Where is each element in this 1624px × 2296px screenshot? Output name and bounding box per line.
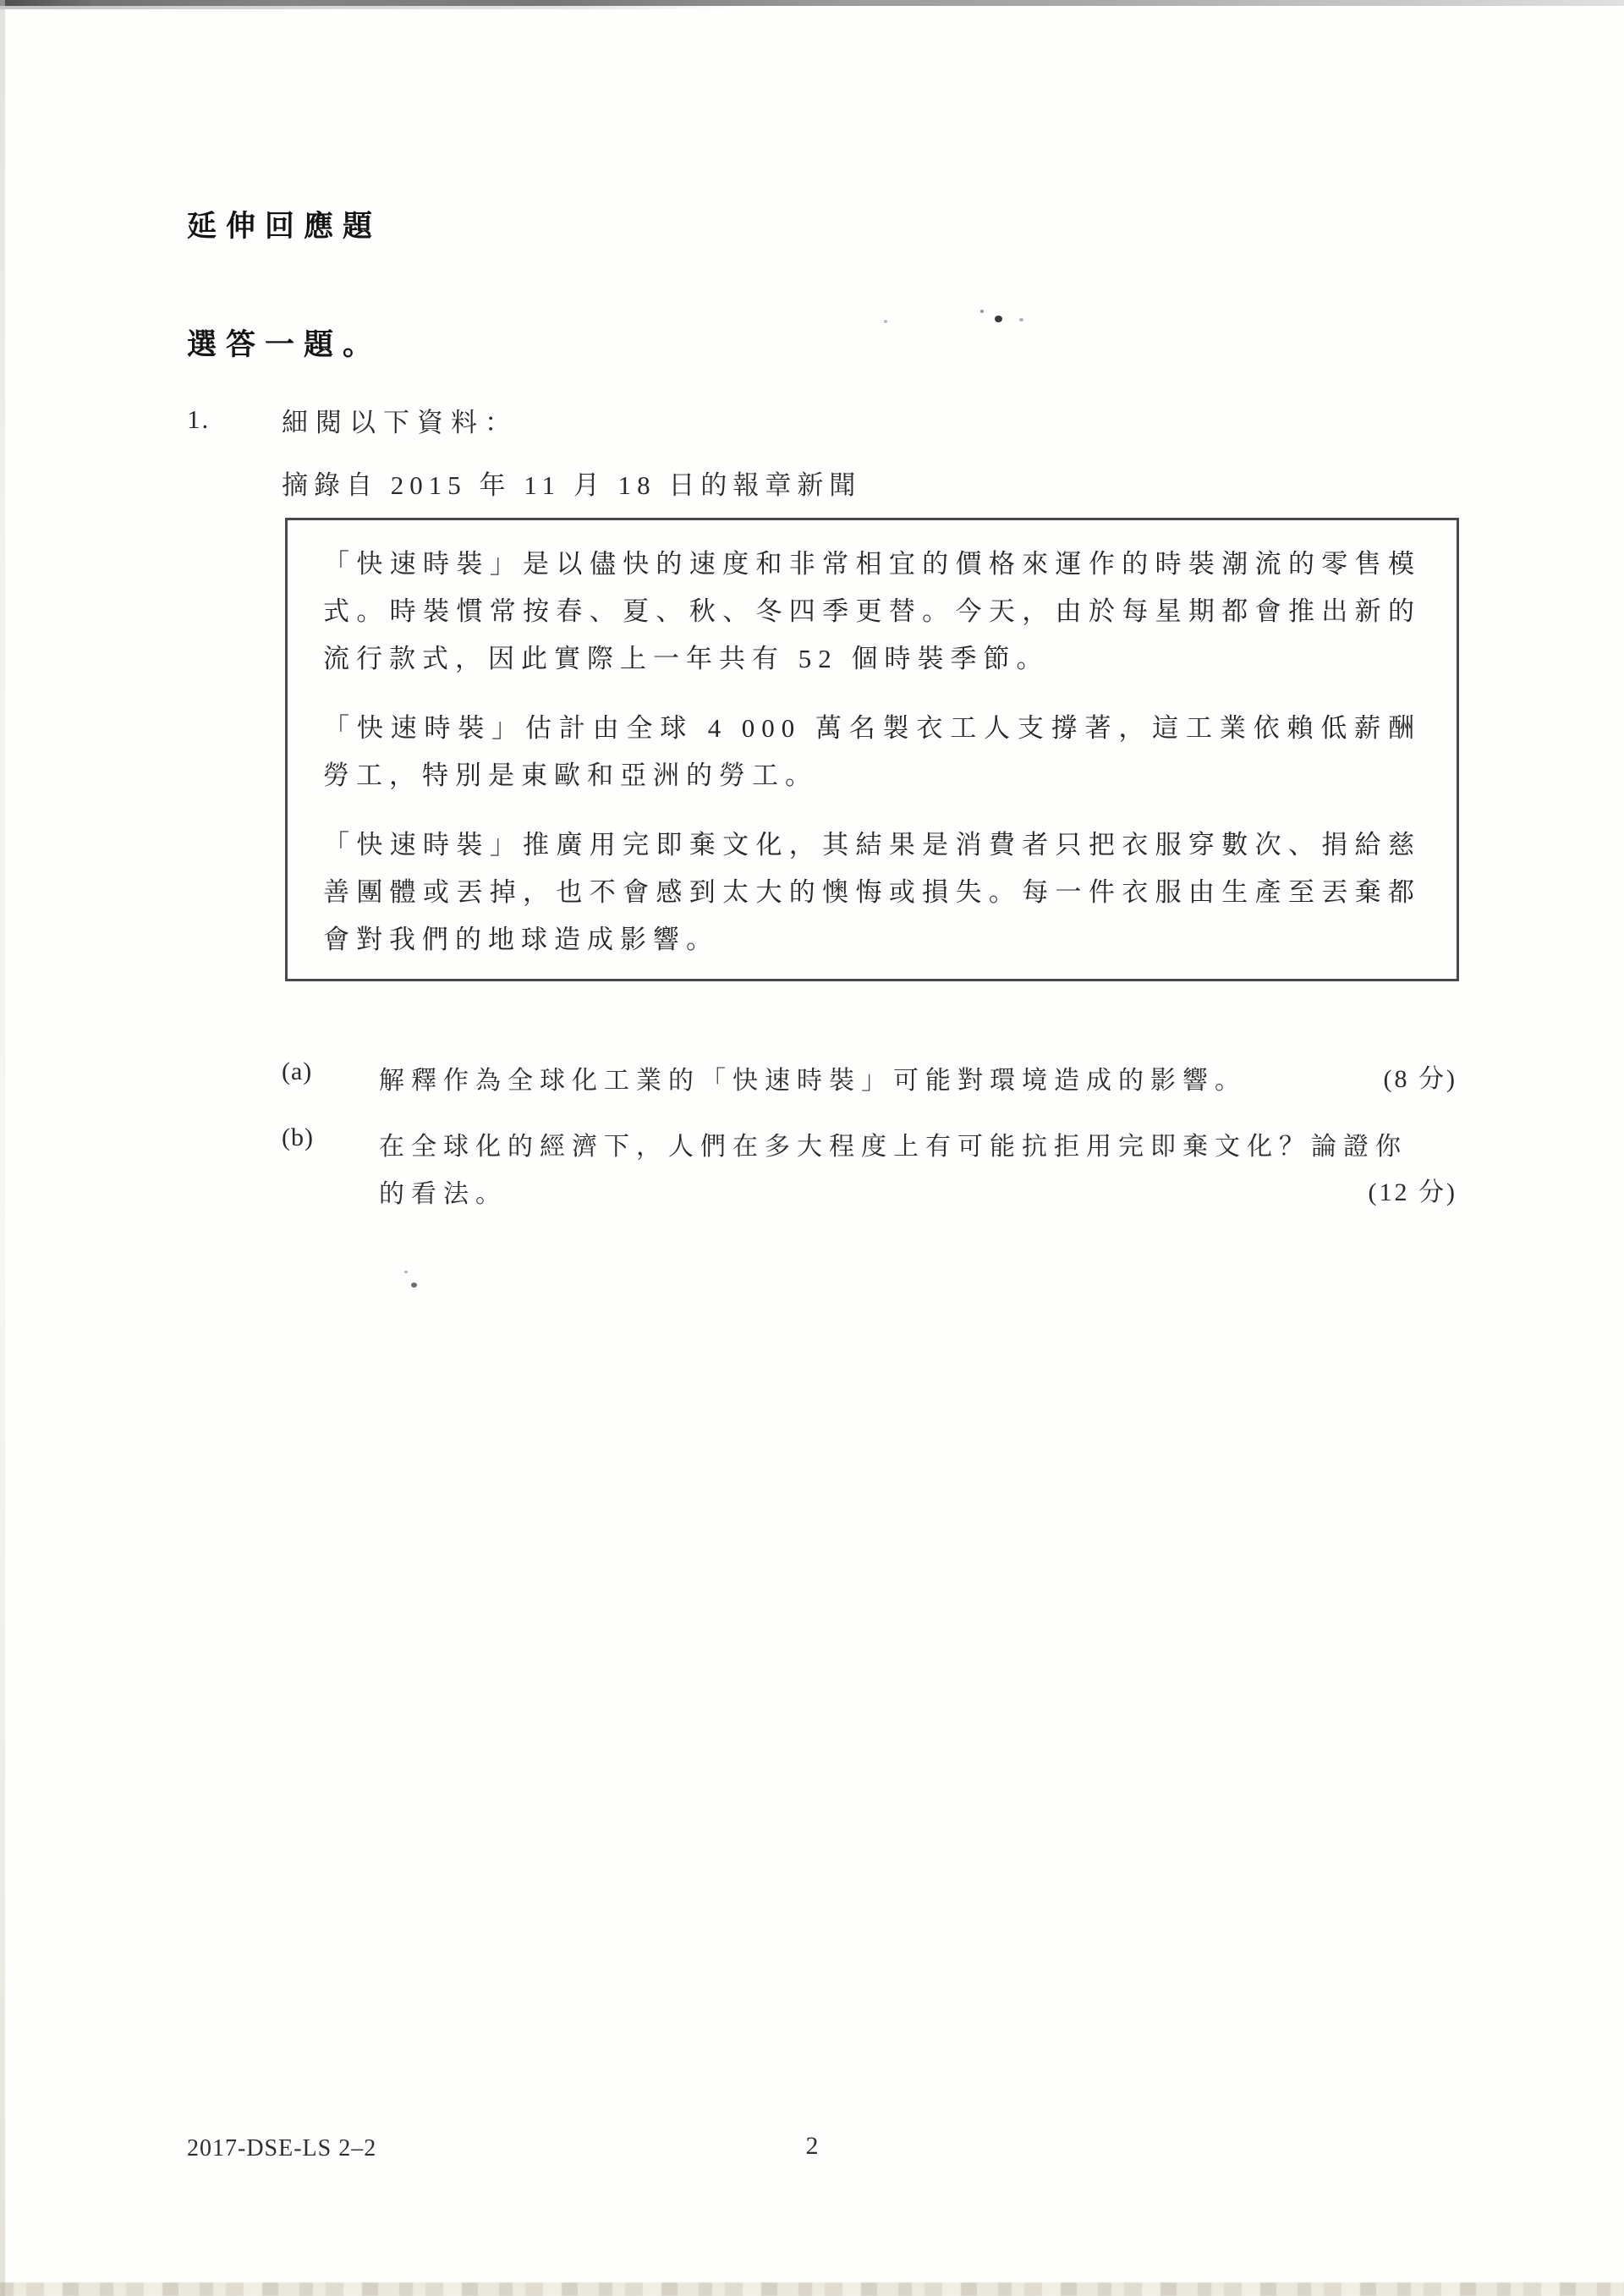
- part-a-text: 解釋作為全球化工業的「快速時裝」可能對環境造成的影響。: [379, 1057, 1377, 1105]
- question-number: 1.: [187, 404, 210, 435]
- scan-edge-top: [0, 0, 1624, 6]
- part-a-marks: (8 分): [1384, 1057, 1457, 1095]
- part-a-label: (a): [282, 1057, 312, 1086]
- scan-edge-bottom: [0, 2282, 1624, 2296]
- ink-speck: [995, 316, 1002, 322]
- part-b-text: 在全球化的經濟下，人們在多大程度上有可能抗拒用完即棄文化？論證你的看法。: [379, 1123, 1415, 1218]
- part-b-marks: (12 分): [1369, 1171, 1457, 1208]
- excerpt-paragraph-3: 「快速時裝」推廣用完即棄文化，其結果是消費者只把衣服穿數次、捐給慈善團體或丟掉，…: [323, 821, 1421, 964]
- ink-speck: [980, 310, 984, 313]
- section-heading: 延伸回應題: [187, 203, 381, 245]
- excerpt-paragraph-2: 「快速時裝」估計由全球 4 000 萬名製衣工人支撐著，這工業依賴低薪酬勞工，特…: [323, 705, 1421, 799]
- ink-speck: [411, 1283, 417, 1288]
- scan-edge-left: [0, 0, 5, 2296]
- news-excerpt-box: 「快速時裝」是以儘快的速度和非常相宜的價格來運作的時裝潮流的零售模式。時裝慣常按…: [285, 518, 1459, 981]
- question-intro: 細閱以下資料：: [282, 401, 518, 439]
- scan-edge-top-shadow: [0, 6, 731, 9]
- footer-page-number: 2: [0, 2132, 1624, 2161]
- excerpt-paragraph-1: 「快速時裝」是以儘快的速度和非常相宜的價格來運作的時裝潮流的零售模式。時裝慣常按…: [323, 541, 1421, 683]
- source-caption: 摘錄自 2015 年 11 月 18 日的報章新聞: [282, 464, 861, 502]
- ink-speck: [1019, 318, 1023, 321]
- exam-paper-page: 延伸回應題 選答一題。 1. 細閱以下資料： 摘錄自 2015 年 11 月 1…: [0, 0, 1624, 2296]
- ink-speck: [884, 320, 887, 323]
- part-b-label: (b): [282, 1123, 314, 1152]
- ink-speck: [404, 1271, 408, 1273]
- instruction-text: 選答一題。: [187, 321, 381, 364]
